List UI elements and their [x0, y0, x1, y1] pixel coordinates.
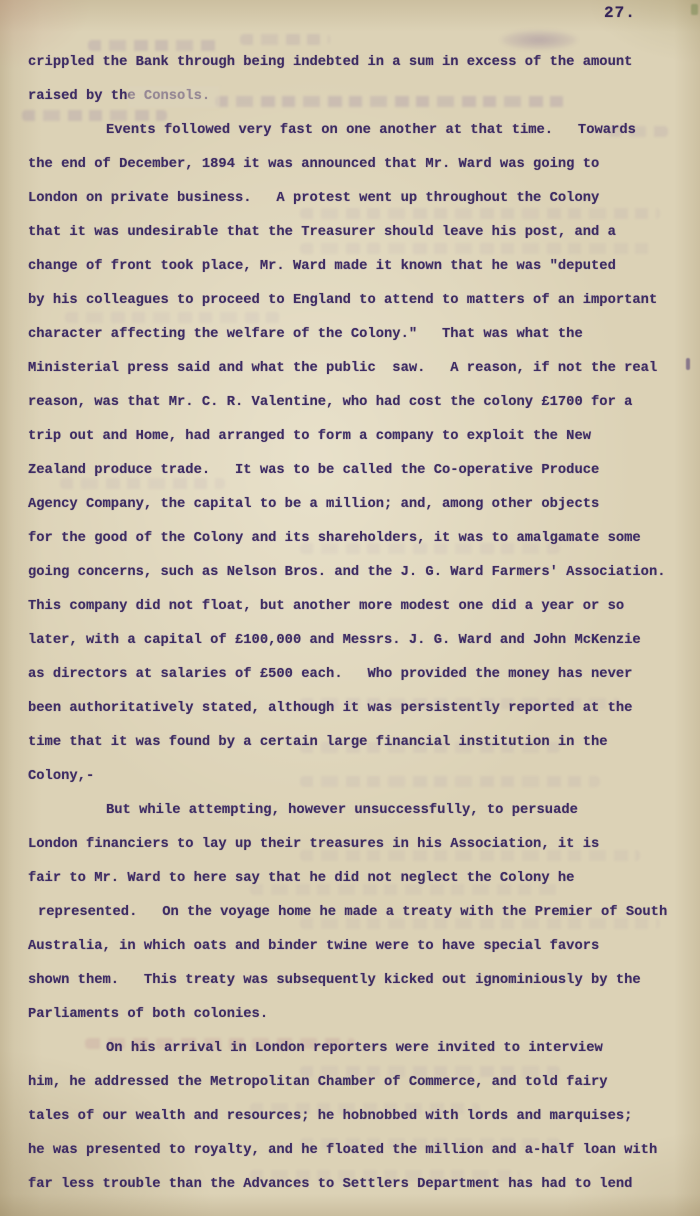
- bleed-through-mark: [240, 34, 330, 45]
- typed-line: far less trouble than the Advances to Se…: [28, 1168, 682, 1202]
- typed-line: London on private business. A protest we…: [28, 182, 682, 216]
- typed-line: trip out and Home, had arranged to form …: [28, 420, 682, 454]
- typed-line: by his colleagues to proceed to England …: [28, 284, 682, 318]
- typed-line: time that it was found by a certain larg…: [28, 726, 682, 760]
- typed-line: London financiers to lay up their treasu…: [28, 828, 682, 862]
- typed-text-block: crippled the Bank through being indebted…: [28, 46, 682, 1202]
- typed-line: crippled the Bank through being indebted…: [28, 46, 682, 80]
- typed-line: reason, was that Mr. C. R. Valentine, wh…: [28, 386, 682, 420]
- typed-line: he was presented to royalty, and he floa…: [28, 1134, 682, 1168]
- typed-line: Colony,-: [28, 760, 682, 794]
- stray-ink-mark: [691, 4, 698, 15]
- page-number: 27.: [604, 4, 636, 22]
- typed-line: raised by the Consols.: [28, 80, 682, 114]
- typed-line: as directors at salaries of £500 each. W…: [28, 658, 682, 692]
- stray-ink-mark: [686, 358, 690, 370]
- typed-line: been authoritatively stated, although it…: [28, 692, 682, 726]
- typed-line: represented. On the voyage home he made …: [28, 896, 682, 930]
- typed-line: Events followed very fast on one another…: [28, 114, 682, 148]
- document-page: 27. crippled the Bank through being inde…: [0, 0, 700, 1216]
- typed-line: On his arrival in London reporters were …: [28, 1032, 682, 1066]
- typed-line: Agency Company, the capital to be a mill…: [28, 488, 682, 522]
- typed-line: him, he addressed the Metropolitan Chamb…: [28, 1066, 682, 1100]
- typed-line: Zealand produce trade. It was to be call…: [28, 454, 682, 488]
- typed-line: for the good of the Colony and its share…: [28, 522, 682, 556]
- typed-line: This company did not float, but another …: [28, 590, 682, 624]
- typed-line: going concerns, such as Nelson Bros. and…: [28, 556, 682, 590]
- typed-line: later, with a capital of £100,000 and Me…: [28, 624, 682, 658]
- typed-line: the end of December, 1894 it was announc…: [28, 148, 682, 182]
- typed-line: shown them. This treaty was subsequently…: [28, 964, 682, 998]
- typed-line: Parliaments of both colonies.: [28, 998, 682, 1032]
- typed-line: But while attempting, however unsuccessf…: [28, 794, 682, 828]
- typed-line: Australia, in which oats and binder twin…: [28, 930, 682, 964]
- typed-line: tales of our wealth and resources; he ho…: [28, 1100, 682, 1134]
- typed-line: Ministerial press said and what the publ…: [28, 352, 682, 386]
- typed-line: that it was undesirable that the Treasur…: [28, 216, 682, 250]
- typed-line: fair to Mr. Ward to here say that he did…: [28, 862, 682, 896]
- typed-line: change of front took place, Mr. Ward mad…: [28, 250, 682, 284]
- typed-line: character affecting the welfare of the C…: [28, 318, 682, 352]
